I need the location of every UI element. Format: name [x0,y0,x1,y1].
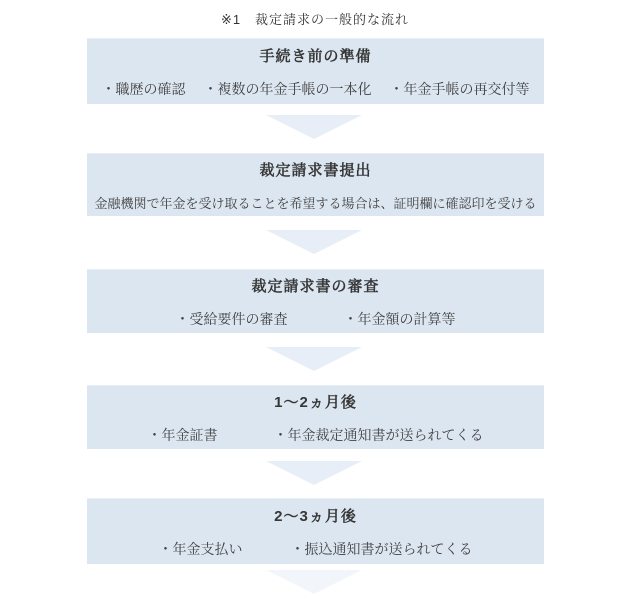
step-item: ・年金支払い [159,539,243,559]
flow-diagram-page: ※1 裁定請求の一般的な流れ 手続き前の準備 ・職歴の確認 ・複数の年金手帳の一… [0,0,630,595]
step-title: 裁定請求書提出 [259,159,371,180]
step-box-1-2-months: 1～2ヵ月後 ・年金証書 ・年金裁定通知書が送られてくる [87,385,544,449]
step-items: ・年金証書 ・年金裁定通知書が送られてくる [148,425,484,445]
step-note: 金融機関で年金を受け取ることを希望する場合は、証明欄に確認印を受ける [94,193,536,212]
diagram-caption: ※1 裁定請求の一般的な流れ [0,9,630,28]
step-item: ・年金証書 [148,425,218,445]
flow-down-arrow-icon [266,461,362,485]
step-item: ・受給要件の審査 [176,309,288,329]
step-item: ・振込通知書が送られてくる [291,539,473,559]
step-item: ・年金額の計算等 [344,309,456,329]
step-box-examination: 裁定請求書の審査 ・受給要件の審査 ・年金額の計算等 [87,269,544,333]
step-item: ・複数の年金手帳の一本化 [204,79,372,99]
step-item: ・職歴の確認 [102,79,186,99]
step-title: 手続き前の準備 [259,45,371,66]
step-item: ・年金手帳の再交付等 [390,79,530,99]
flow-down-arrow-icon [266,347,362,371]
step-box-preparation: 手続き前の準備 ・職歴の確認 ・複数の年金手帳の一本化 ・年金手帳の再交付等 [87,38,544,104]
step-items: ・職歴の確認 ・複数の年金手帳の一本化 ・年金手帳の再交付等 [102,79,530,99]
step-item: ・年金裁定通知書が送られてくる [274,425,484,445]
step-title: 裁定請求書の審査 [251,275,379,296]
flow-down-arrow-icon [266,570,362,594]
step-items: ・受給要件の審査 ・年金額の計算等 [176,309,456,329]
step-items: ・年金支払い ・振込通知書が送られてくる [159,539,473,559]
flow-down-arrow-icon [266,230,362,254]
step-box-2-3-months: 2～3ヵ月後 ・年金支払い ・振込通知書が送られてくる [87,498,544,564]
flow-down-arrow-icon [266,115,362,139]
step-box-submission: 裁定請求書提出 金融機関で年金を受け取ることを希望する場合は、証明欄に確認印を受… [87,153,544,216]
step-title: 2～3ヵ月後 [274,505,357,526]
step-title: 1～2ヵ月後 [274,391,357,412]
